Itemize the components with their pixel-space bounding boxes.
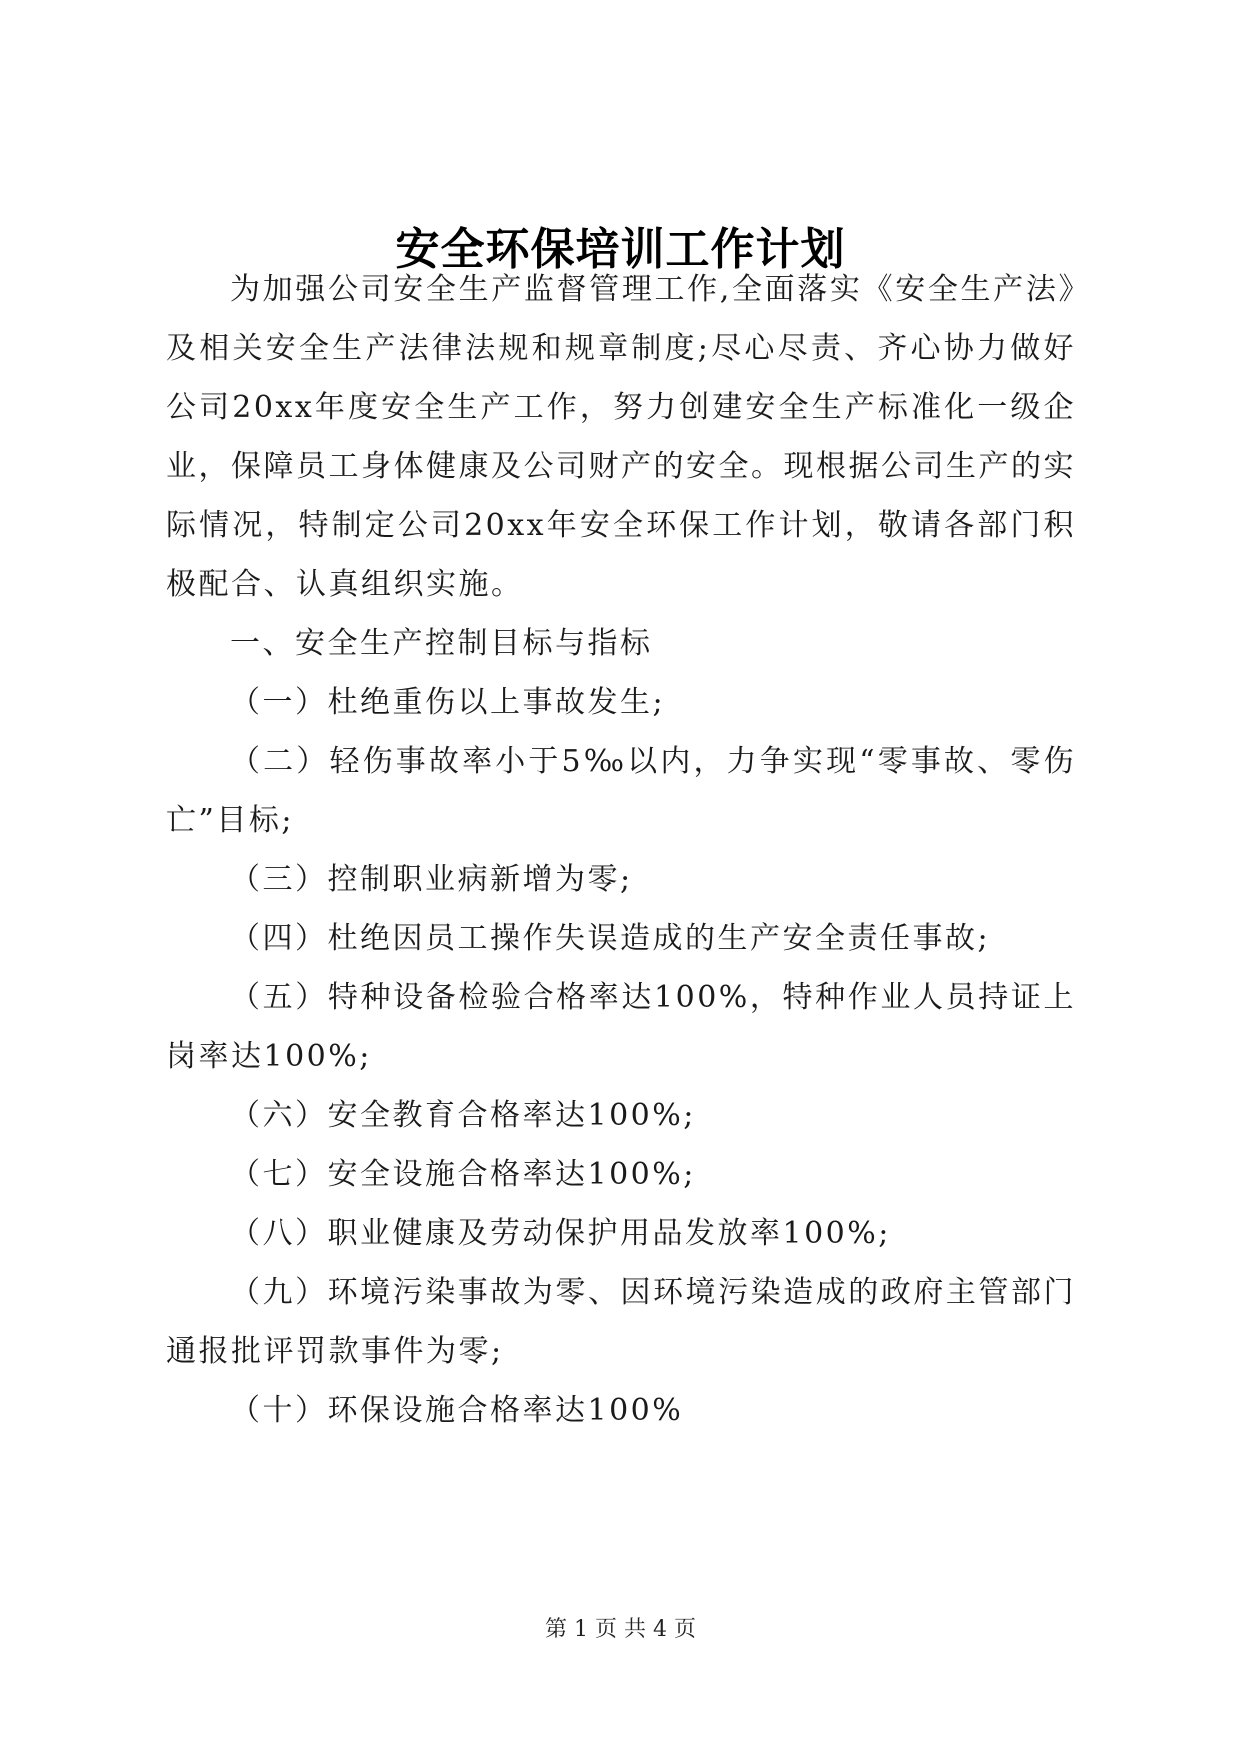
- document-page: 安全环保培训工作计划 为加强公司安全生产监督管理工作,全面落实《安全生产法》及相…: [0, 0, 1241, 1754]
- list-item: （五）特种设备检验合格率达100%，特种作业人员持证上岗率达100%;: [166, 968, 1076, 1086]
- list-item: （九）环境污染事故为零、因环境污染造成的政府主管部门通报批评罚款事件为零;: [166, 1263, 1076, 1381]
- list-item: （四）杜绝因员工操作失误造成的生产安全责任事故;: [166, 909, 1076, 968]
- list-item: （六）安全教育合格率达100%;: [166, 1086, 1076, 1145]
- intro-paragraph: 为加强公司安全生产监督管理工作,全面落实《安全生产法》及相关安全生产法律法规和规…: [166, 260, 1076, 614]
- list-item: （一）杜绝重伤以上事故发生;: [166, 673, 1076, 732]
- list-item: （三）控制职业病新增为零;: [166, 850, 1076, 909]
- page-footer: 第 1 页 共 4 页: [0, 1612, 1241, 1643]
- list-item: （二）轻伤事故率小于5‰以内，力争实现“零事故、零伤亡”目标;: [166, 732, 1076, 850]
- list-item: （八）职业健康及劳动保护用品发放率100%;: [166, 1204, 1076, 1263]
- section-heading: 一、安全生产控制目标与指标: [166, 614, 1076, 673]
- list-item: （七）安全设施合格率达100%;: [166, 1145, 1076, 1204]
- document-body: 为加强公司安全生产监督管理工作,全面落实《安全生产法》及相关安全生产法律法规和规…: [166, 260, 1076, 1440]
- list-item: （十）环保设施合格率达100%: [166, 1381, 1076, 1440]
